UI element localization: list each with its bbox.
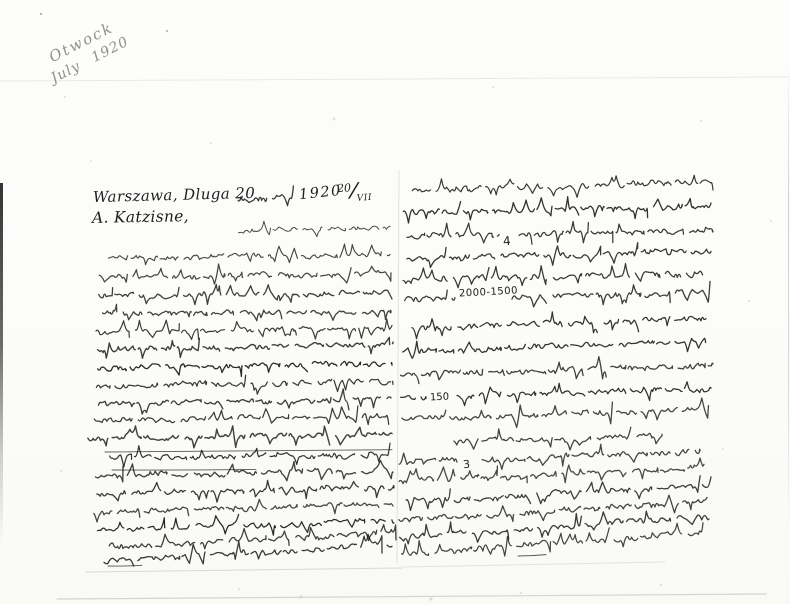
handwritten-stroke: [88, 426, 392, 448]
handwritten-stroke: [405, 281, 710, 307]
paper-crease: [0, 158, 268, 161]
handwritten-stroke: [110, 443, 390, 467]
handwritten-stroke: [407, 222, 713, 245]
handwritten-stroke: [407, 243, 711, 268]
handwritten-stroke: [98, 337, 394, 358]
handwritten-stroke: [109, 244, 390, 265]
handwritten-stroke: [99, 284, 392, 304]
handwritten-stroke: [109, 525, 396, 549]
amount-cap-figure: 150: [430, 392, 450, 404]
handwritten-stroke: [97, 480, 394, 502]
count-three-figure: 3: [462, 458, 470, 472]
handwritten-stroke: [412, 312, 706, 339]
paper-edge-line: [402, 562, 665, 567]
handwritten-stroke: [96, 319, 392, 339]
handwritten-stroke: [399, 458, 704, 484]
scan-right-edge-shadow: [788, 60, 789, 530]
handwritten-stroke: [94, 499, 393, 522]
handwritten-stroke: [403, 264, 702, 288]
handwritten-stroke: [105, 450, 392, 452]
handwritten-stroke: [98, 389, 391, 414]
handwritten-stroke: [96, 461, 394, 482]
count-four-figure: 4: [502, 234, 511, 249]
paper-fold-line: [397, 171, 399, 562]
fraction-denominator: VII: [357, 193, 373, 204]
handwritten-stroke: [402, 523, 703, 556]
handwritten-stroke: [108, 565, 142, 566]
handwritten-stroke: [403, 338, 706, 358]
handwritten-stroke: [239, 221, 391, 236]
handwritten-stroke: [401, 357, 714, 384]
handwritten-stroke: [454, 427, 662, 450]
handwritten-stroke: [103, 304, 391, 320]
handwriting-strokes: [88, 175, 713, 566]
scan-left-edge-shadow: [0, 183, 3, 545]
handwritten-stroke: [399, 444, 700, 469]
signature-name: A. Katzisne,: [92, 207, 189, 227]
handwritten-stroke: [518, 555, 546, 556]
header-date-fraction: 20/VII: [336, 174, 372, 200]
paper-edge-line: [57, 594, 766, 599]
scanned-letter-page: Otwock July 1920 Warszawa, Dluga 20 1920…: [0, 0, 790, 604]
handwritten-stroke: [98, 361, 392, 376]
paper-crease: [0, 77, 789, 81]
paper-edge-line: [86, 568, 402, 572]
handwritten-stroke: [96, 375, 393, 394]
handwriting-svg: [0, 0, 790, 604]
handwritten-stroke: [94, 406, 388, 425]
handwritten-stroke: [403, 197, 711, 223]
handwritten-stroke: [412, 175, 713, 197]
handwritten-stroke: [99, 264, 391, 284]
